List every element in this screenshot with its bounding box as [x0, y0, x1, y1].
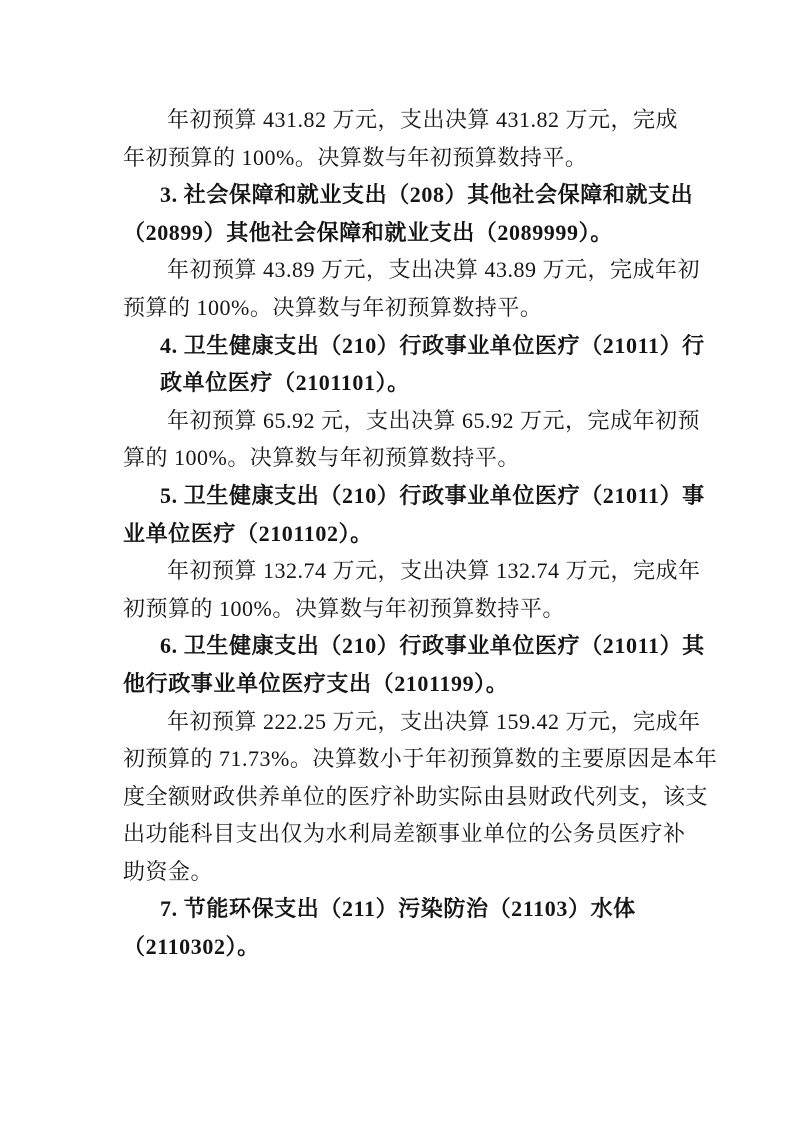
- heading-line: 5. 卫生健康支出（210）行政事业单位医疗（21011）事: [123, 477, 695, 515]
- heading-line: 4. 卫生健康支出（210）行政事业单位医疗（21011）行: [123, 327, 695, 365]
- heading-7-environment-pollution: 7. 节能环保支出（211）污染防治（21103）水体 （2110302）。: [123, 890, 695, 965]
- heading-line: 他行政事业单位医疗支出（2101199）。: [123, 665, 695, 703]
- heading-6-health-other-medical: 6. 卫生健康支出（210）行政事业单位医疗（21011）其 他行政事业单位医疗…: [123, 627, 695, 702]
- paragraph-budget-431-82: 年初预算 431.82 万元，支出决算 431.82 万元，完成 年初预算的 1…: [123, 101, 695, 176]
- document-page: 年初预算 431.82 万元，支出决算 431.82 万元，完成 年初预算的 1…: [0, 0, 793, 1122]
- paragraph-budget-65-92: 年初预算 65.92 元，支出决算 65.92 万元，完成年初预 算的 100%…: [123, 402, 695, 477]
- text-line: 算的 100%。决算数与年初预算数持平。: [123, 439, 695, 477]
- heading-line: （2110302）。: [123, 928, 695, 966]
- paragraph-budget-222-25: 年初预算 222.25 万元，支出决算 159.42 万元，完成年 初预算的 7…: [123, 703, 695, 891]
- heading-line: 6. 卫生健康支出（210）行政事业单位医疗（21011）其: [123, 627, 695, 665]
- text-line: 出功能科目支出仅为水利局差额事业单位的公务员医疗补: [123, 815, 695, 853]
- text-line: 度全额财政供养单位的医疗补助实际由县财政代列支，该支: [123, 778, 695, 816]
- heading-4-health-admin-medical: 4. 卫生健康支出（210）行政事业单位医疗（21011）行 政单位医疗（210…: [123, 327, 695, 402]
- text-line: 初预算的 100%。决算数与年初预算数持平。: [123, 590, 695, 628]
- heading-line: 业单位医疗（2101102）。: [123, 515, 695, 553]
- text-line: 年初预算 222.25 万元，支出决算 159.42 万元，完成年: [123, 703, 695, 741]
- text-line: 年初预算的 100%。决算数与年初预算数持平。: [123, 139, 695, 177]
- heading-line: （20899）其他社会保障和就业支出（2089999）。: [123, 214, 695, 252]
- heading-5-health-institution-medical: 5. 卫生健康支出（210）行政事业单位医疗（21011）事 业单位医疗（210…: [123, 477, 695, 552]
- heading-line: 政单位医疗（2101101）。: [123, 364, 695, 402]
- paragraph-budget-43-89: 年初预算 43.89 万元，支出决算 43.89 万元，完成年初 预算的 100…: [123, 251, 695, 326]
- text-line: 预算的 100%。决算数与年初预算数持平。: [123, 289, 695, 327]
- heading-3-social-security: 3. 社会保障和就业支出（208）其他社会保障和就支出 （20899）其他社会保…: [123, 176, 695, 251]
- text-line: 年初预算 43.89 万元，支出决算 43.89 万元，完成年初: [123, 251, 695, 289]
- text-line: 年初预算 65.92 元，支出决算 65.92 万元，完成年初预: [123, 402, 695, 440]
- document-body: 年初预算 431.82 万元，支出决算 431.82 万元，完成 年初预算的 1…: [123, 101, 695, 966]
- text-line: 年初预算 132.74 万元，支出决算 132.74 万元，完成年: [123, 552, 695, 590]
- text-line: 助资金。: [123, 853, 695, 891]
- paragraph-budget-132-74: 年初预算 132.74 万元，支出决算 132.74 万元，完成年 初预算的 1…: [123, 552, 695, 627]
- heading-line: 7. 节能环保支出（211）污染防治（21103）水体: [123, 890, 695, 928]
- text-line: 初预算的 71.73%。决算数小于年初预算数的主要原因是本年: [123, 740, 695, 778]
- heading-line: 3. 社会保障和就业支出（208）其他社会保障和就支出: [123, 176, 695, 214]
- text-line: 年初预算 431.82 万元，支出决算 431.82 万元，完成: [123, 101, 695, 139]
